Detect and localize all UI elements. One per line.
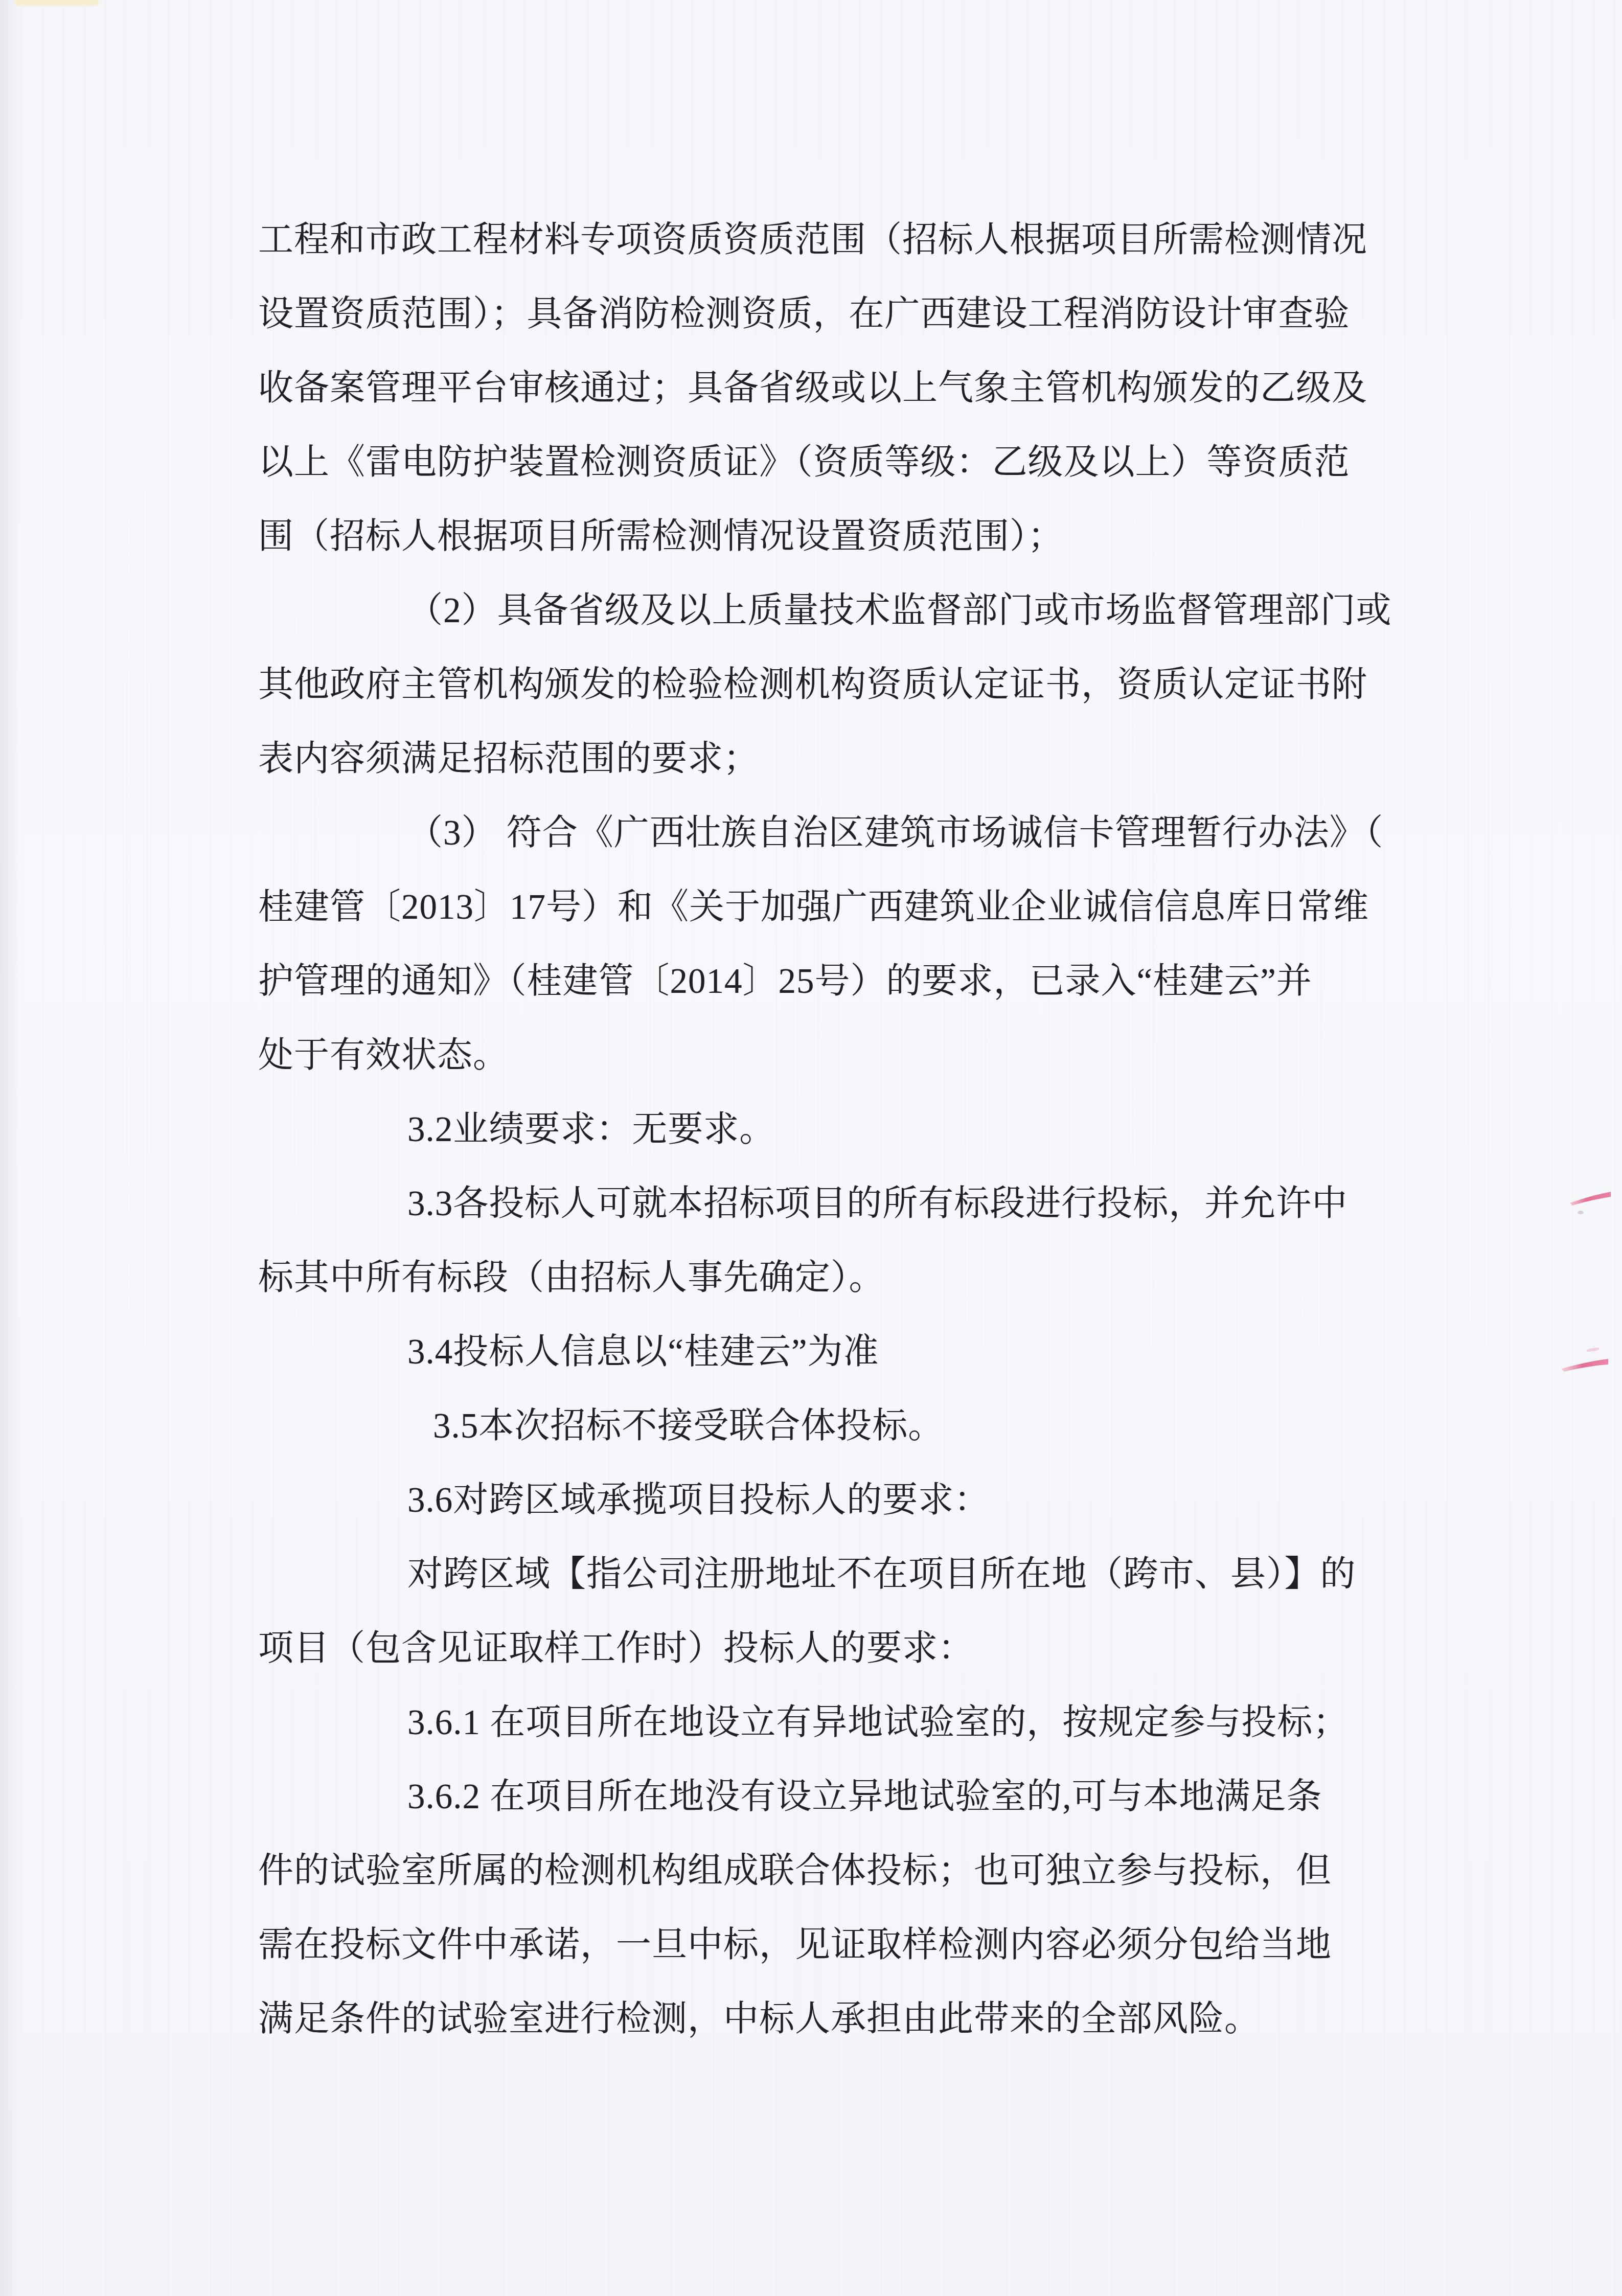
- text-line-7: 其他政府主管机构颁发的检验检测机构资质认定证书，资质认定证书附: [258, 648, 1413, 722]
- text-line-16-section-3-4: 3.4投标人信息以“桂建云”为准: [258, 1315, 1413, 1389]
- scanned-document-page: 工程和市政工程材料专项资质资质范围（招标人根据项目所需检测情况 设置资质范围）；…: [0, 0, 1622, 2296]
- text-line-20: 项目（包含见证取样工作时）投标人的要求：: [258, 1611, 1413, 1686]
- text-line-5: 围（招标人根据项目所需检测情况设置资质范围）；: [258, 499, 1413, 574]
- text-line-3: 收备案管理平台审核通过；具备省级或以上气象主管机构颁发的乙级及: [258, 351, 1413, 425]
- text-line-12: 处于有效状态。: [258, 1018, 1413, 1093]
- text-line-17-section-3-5: 3.5本次招标不接受联合体投标。: [258, 1389, 1413, 1463]
- text-line-13-section-3-2: 3.2业绩要求：无要求。: [258, 1093, 1413, 1167]
- text-line-14-section-3-3: 3.3各投标人可就本招标项目的所有标段进行投标，并允许中: [258, 1167, 1413, 1241]
- pen-smudge-dot: [1578, 1211, 1584, 1214]
- page-left-edge-shadow: [0, 0, 20, 2296]
- text-line-6-item-2: （2）具备省级及以上质量技术监督部门或市场监督管理部门或: [258, 574, 1413, 648]
- text-line-23: 件的试验室所属的检测机构组成联合体投标；也可独立参与投标，但: [258, 1834, 1413, 1908]
- text-line-24: 需在投标文件中承诺，一旦中标，见证取样检测内容必须分包给当地: [258, 1908, 1413, 1982]
- pen-smudge-dash: [1586, 1347, 1600, 1352]
- pink-pen-mark-lower: [1559, 1353, 1610, 1375]
- text-line-22-section-3-6-2: 3.6.2 在项目所在地没有设立异地试验室的,可与本地满足条: [258, 1760, 1413, 1834]
- text-line-4: 以上《雷电防护装置检测资质证》（资质等级：乙级及以上）等资质范: [258, 425, 1413, 499]
- text-line-1: 工程和市政工程材料专项资质资质范围（招标人根据项目所需检测情况: [258, 203, 1413, 277]
- text-line-8: 表内容须满足招标范围的要求；: [258, 722, 1413, 796]
- text-line-18-section-3-6: 3.6对跨区域承揽项目投标人的要求：: [258, 1463, 1413, 1537]
- text-line-21-section-3-6-1: 3.6.1 在项目所在地设立有异地试验室的，按规定参与投标；: [258, 1686, 1413, 1760]
- text-line-25: 满足条件的试验室进行检测，中标人承担由此带来的全部风险。: [258, 1982, 1413, 2056]
- pink-pen-mark-upper: [1568, 1187, 1612, 1208]
- text-line-10: 桂建管〔2013〕17号）和《关于加强广西建筑业企业诚信信息库日常维: [258, 870, 1413, 944]
- text-line-15: 标其中所有标段（由招标人事先确定）。: [258, 1241, 1413, 1315]
- text-line-9-item-3: （3） 符合《广西壮族自治区建筑市场诚信卡管理暂行办法》（: [258, 796, 1413, 870]
- document-body: 工程和市政工程材料专项资质资质范围（招标人根据项目所需检测情况 设置资质范围）；…: [258, 203, 1413, 2056]
- scan-corner-artifact: [14, 0, 99, 6]
- text-line-2: 设置资质范围）；具备消防检测资质，在广西建设工程消防设计审查验: [258, 277, 1413, 351]
- text-line-19: 对跨区域【指公司注册地址不在项目所在地（跨市、县）】的: [258, 1537, 1413, 1611]
- text-line-11: 护管理的通知》（桂建管〔2014〕25号）的要求，已录入“桂建云”并: [258, 944, 1413, 1018]
